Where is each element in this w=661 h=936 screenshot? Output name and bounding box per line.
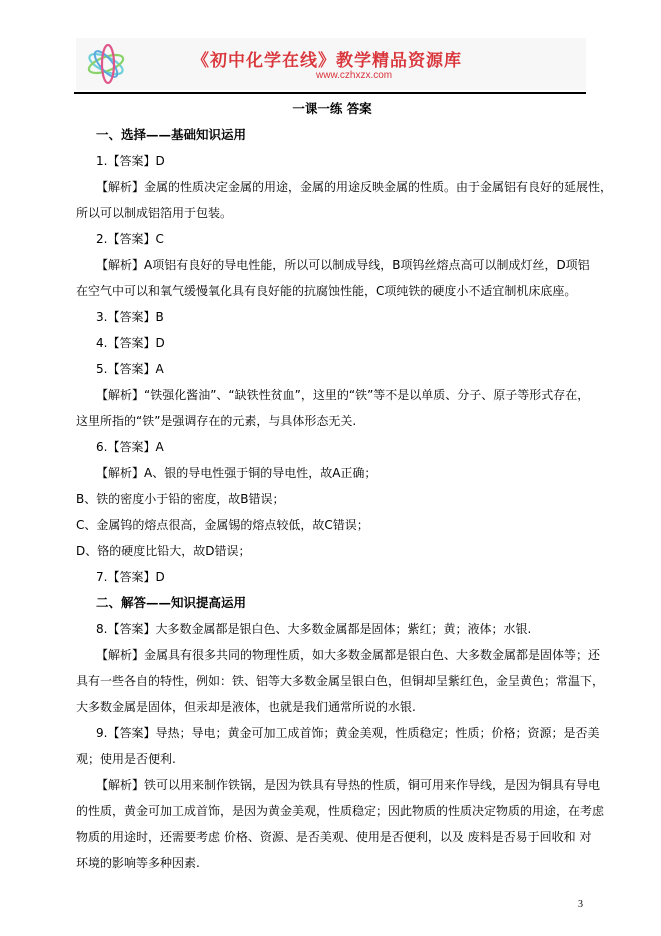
analysis-line: 【解析】铁可以用来制作铁锅，是因为铁具有导热的性质，铜可用来作导线，是因为铜具有… [76, 772, 588, 798]
brand-title: 《初中化学在线》教学精品资源库 [192, 46, 462, 71]
section-heading: 二、解答——知识提高运用 [76, 590, 588, 616]
answer-line: 2.【答案】C [76, 226, 588, 252]
text-line: B、铁的密度小于铅的密度，故B错误； [76, 486, 588, 512]
text-line: 环境的影响等多种因素. [76, 850, 588, 876]
answer-line: 4.【答案】D [76, 330, 588, 356]
answer-line: 8.【答案】大多数金属都是银白色、大多数金属都是固体；紫红；黄；液体；水银. [76, 616, 588, 642]
header-divider [74, 92, 586, 94]
page-number: 3 [578, 899, 583, 910]
answer-line: 9.【答案】导热；导电；黄金可加工成首饰；黄金美观，性质稳定；性质；价格；资源；… [76, 720, 588, 746]
section-heading: 一、选择——基础知识运用 [76, 122, 588, 148]
analysis-line: 【解析】“铁强化酱油”、“缺铁性贫血”，这里的“铁”等不是以单质、分子、原子等形… [76, 382, 588, 408]
analysis-line: 【解析】A、银的导电性强于铜的导电性，故A正确； [76, 460, 588, 486]
text-line: 具有一些各自的特性，例如：铁、铝等大多数金属呈银白色，但铜却呈紫红色，金呈黄色；… [76, 668, 588, 694]
atom-swirl-logo-icon [84, 42, 128, 86]
text-line: C、金属钨的熔点很高，金属锡的熔点较低，故C错误； [76, 512, 588, 538]
page-title: 一课一练 答案 [76, 96, 588, 122]
header-banner: 《初中化学在线》教学精品资源库 www.czhxzx.com [76, 38, 586, 90]
text-line: D、铬的硬度比铅大，故D错误； [76, 538, 588, 564]
document-body: 一课一练 答案 一、选择——基础知识运用 1.【答案】D 【解析】金属的性质决定… [76, 96, 588, 876]
answer-line: 7.【答案】D [76, 564, 588, 590]
text-line: 观；使用是否便利. [76, 746, 588, 772]
text-line: 的性质，黄金可加工成首饰，是因为黄金美观，性质稳定；因此物质的性质决定物质的用途… [76, 798, 588, 824]
text-line: 所以可以制成铝箔用于包装。 [76, 200, 588, 226]
answer-line: 3.【答案】B [76, 304, 588, 330]
text-line: 物质的用途时，还需要考虑 价格、资源、是否美观、使用是否便利，以及 废料是否易于… [76, 824, 588, 850]
analysis-line: 【解析】金属的性质决定金属的用途，金属的用途反映金属的性质。由于金属铝有良好的延… [76, 174, 588, 200]
analysis-line: 【解析】金属具有很多共同的物理性质，如大多数金属都是银白色、大多数金属都是固体等… [76, 642, 588, 668]
answer-line: 6.【答案】A [76, 434, 588, 460]
analysis-line: 【解析】A项铝有良好的导电性能，所以可以制成导线，B项钨丝熔点高可以制成灯丝，D… [76, 252, 588, 278]
text-line: 大多数金属是固体，但汞却是液体，也就是我们通常所说的水银. [76, 694, 588, 720]
brand-url[interactable]: www.czhxzx.com [316, 70, 392, 81]
answer-line: 5.【答案】A [76, 356, 588, 382]
text-line: 在空气中可以和氧气缓慢氧化具有良好能的抗腐蚀性能，C项纯铁的硬度小不适宜制机床底… [76, 278, 588, 304]
answer-line: 1.【答案】D [76, 148, 588, 174]
text-line: 这里所指的“铁”是强调存在的元素，与具体形态无关. [76, 408, 588, 434]
